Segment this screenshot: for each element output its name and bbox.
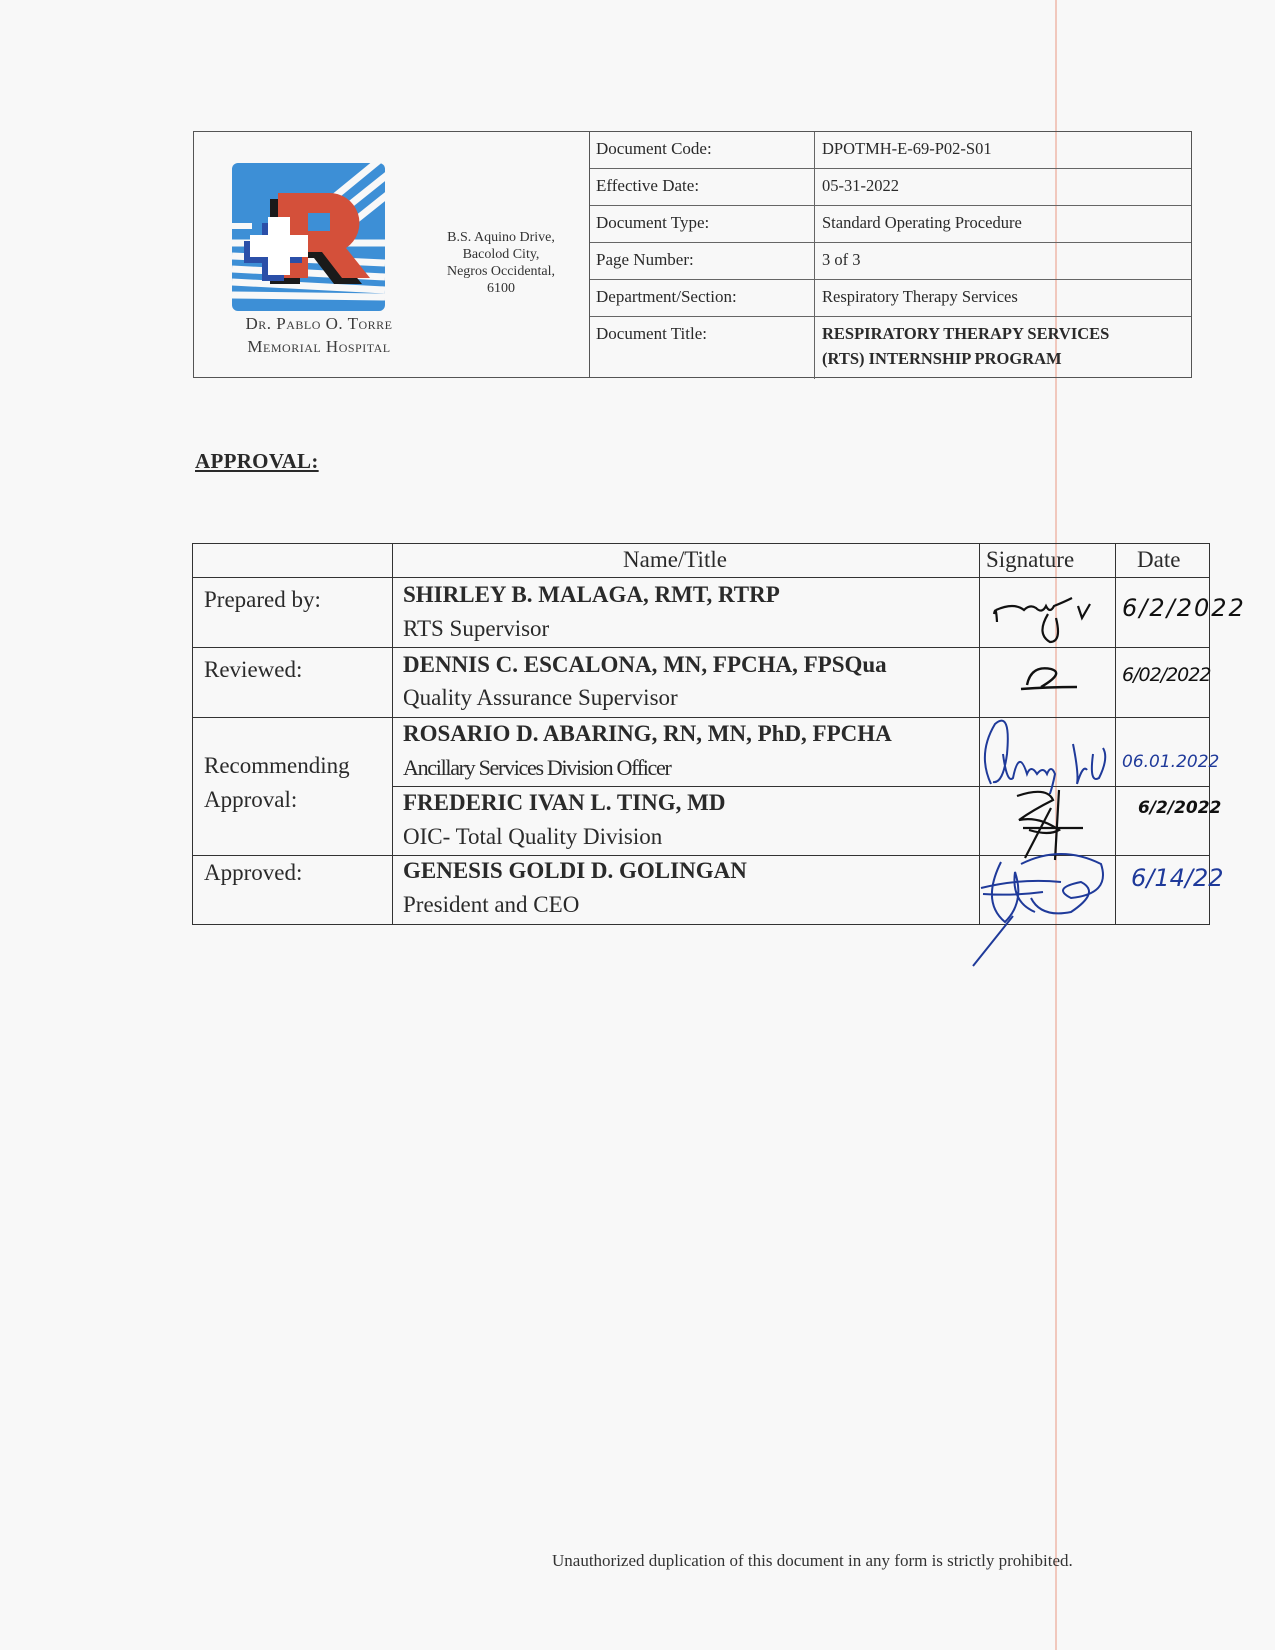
signing-date: 6/2/2022 — [1138, 798, 1221, 818]
confidentiality-notice: Unauthorized duplication of this documen… — [552, 1551, 1073, 1571]
signatory-title: Ancillary Services Division Officer — [403, 755, 671, 781]
hospital-logo-icon — [232, 163, 385, 311]
row-divider — [193, 647, 1209, 648]
signatory-title: Quality Assurance Supervisor — [403, 685, 678, 711]
hospital-name-line1: Dr. Pablo O. Torre — [204, 312, 434, 335]
signature-icon — [973, 714, 1123, 794]
signature-icon — [988, 584, 1108, 644]
field-value: DPOTMH-E-69-P02-S01 — [815, 132, 1191, 168]
field-page-number: Page Number: 3 of 3 — [590, 243, 1191, 280]
role-label: Prepared by: — [204, 587, 321, 613]
field-label: Document Type: — [590, 206, 815, 242]
role-label-line1: Recommending — [204, 749, 350, 783]
signatory-name: FREDERIC IVAN L. TING, MD — [403, 790, 725, 816]
field-document-title: Document Title: RESPIRATORY THERAPY SERV… — [590, 317, 1191, 379]
hospital-name: Dr. Pablo O. Torre Memorial Hospital — [204, 312, 434, 358]
signatory-title: OIC- Total Quality Division — [403, 824, 662, 850]
signatory-name: DENNIS C. ESCALONA, MN, FPCHA, FPSQua — [403, 652, 887, 678]
column-header-signature: Signature — [986, 547, 1074, 573]
hospital-name-line2: Memorial Hospital — [204, 335, 434, 358]
signing-date: 6/2/2022 — [1122, 594, 1246, 622]
field-value: Respiratory Therapy Services — [815, 280, 1191, 316]
field-department: Department/Section: Respiratory Therapy … — [590, 280, 1191, 317]
role-label: Reviewed: — [204, 657, 302, 683]
address-line: 6100 — [426, 280, 576, 297]
signatory-name: ROSARIO D. ABARING, RN, MN, PhD, FPCHA — [403, 721, 892, 747]
signatory-title: RTS Supervisor — [403, 616, 549, 642]
address-line: Bacolod City, — [426, 246, 576, 263]
signing-date: 6/02/2022 — [1122, 664, 1210, 686]
signatory-name: SHIRLEY B. MALAGA, RMT, RTRP — [403, 582, 780, 608]
approval-heading: APPROVAL: — [195, 449, 319, 474]
signatory-title: President and CEO — [403, 892, 579, 918]
column-divider — [392, 544, 393, 924]
row-divider — [193, 577, 1209, 578]
field-document-type: Document Type: Standard Operating Proced… — [590, 206, 1191, 243]
field-document-code: Document Code: DPOTMH-E-69-P02-S01 — [590, 132, 1191, 169]
hospital-identity-cell: Dr. Pablo O. Torre Memorial Hospital B.S… — [194, 132, 590, 377]
address-line: B.S. Aquino Drive, — [426, 229, 576, 246]
signing-date: 6/14/22 — [1131, 864, 1224, 892]
field-value: 3 of 3 — [815, 243, 1191, 279]
field-label: Document Code: — [590, 132, 815, 168]
role-label: Approved: — [204, 860, 302, 886]
approval-table: Name/Title Signature Date Prepared by: S… — [192, 543, 1210, 925]
field-value: Standard Operating Procedure — [815, 206, 1191, 242]
document-header-table: Dr. Pablo O. Torre Memorial Hospital B.S… — [193, 131, 1192, 378]
field-value: 05-31-2022 — [815, 169, 1191, 205]
signing-date: 06.01.2022 — [1122, 752, 1219, 772]
signature-icon — [961, 850, 1121, 970]
role-label: Recommending Approval: — [204, 749, 350, 817]
address-line: Negros Occidental, — [426, 263, 576, 280]
role-label-line2: Approval: — [204, 783, 350, 817]
column-header-date: Date — [1137, 547, 1180, 573]
field-label: Department/Section: — [590, 280, 815, 316]
document-title-line1: RESPIRATORY THERAPY SERVICES — [822, 321, 1191, 346]
field-effective-date: Effective Date: 05-31-2022 — [590, 169, 1191, 206]
hospital-address: B.S. Aquino Drive, Bacolod City, Negros … — [426, 229, 576, 297]
signatory-name: GENESIS GOLDI D. GOLINGAN — [403, 858, 747, 884]
field-label: Effective Date: — [590, 169, 815, 205]
column-header-name-title: Name/Title — [623, 547, 727, 573]
field-label: Page Number: — [590, 243, 815, 279]
signature-icon — [1013, 659, 1093, 699]
document-title-line2: (RTS) INTERNSHIP PROGRAM — [822, 346, 1191, 371]
field-value: RESPIRATORY THERAPY SERVICES (RTS) INTER… — [815, 317, 1191, 379]
document-metadata: Document Code: DPOTMH-E-69-P02-S01 Effec… — [590, 132, 1191, 377]
field-label: Document Title: — [590, 317, 815, 379]
